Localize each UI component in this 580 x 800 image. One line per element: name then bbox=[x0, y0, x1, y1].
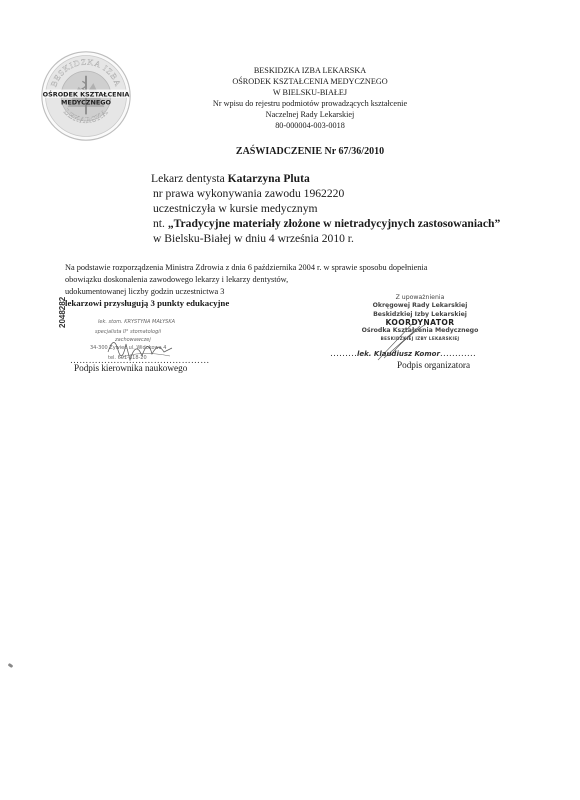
course-topic-line: nt. „Tradycyjne materiały złożone w niet… bbox=[153, 216, 500, 231]
participation-line: uczestniczyła w kursie medycznym bbox=[153, 201, 318, 216]
stamp-right-line-2: Okręgowej Rady Lekarskiej bbox=[320, 302, 520, 310]
course-topic-prefix: nt. bbox=[153, 217, 168, 230]
dots-before: ……… bbox=[330, 348, 357, 358]
header-city: W BIELSKU-BIAŁEJ bbox=[150, 88, 470, 99]
stamp-right-line-1: Z upoważnienia bbox=[320, 294, 520, 302]
stamp-left-line-1: lek. stom. KRYSTYNA MAŁYSKA bbox=[98, 319, 175, 325]
stamp-id-number: 2048282 bbox=[58, 297, 67, 328]
signature-caption-left: Podpis kierownika naukowego bbox=[74, 363, 187, 373]
signature-caption-right: Podpis organizatora bbox=[397, 360, 470, 370]
header-org-name: BESKIDZKA IZBA LEKARSKA bbox=[150, 66, 470, 77]
legal-hours-line: udokumentowanej liczby godzin uczestnict… bbox=[65, 286, 224, 298]
legal-basis-line-2: obowiązku doskonalenia zawodowego lekarz… bbox=[65, 274, 288, 286]
institution-seal-logo: BESKIDZKA IZBA LEKARSKA OŚRODEK KSZTAŁCE… bbox=[40, 50, 132, 142]
license-number-line: nr prawa wykonywania zawodu 1962220 bbox=[153, 186, 344, 201]
certificate-title: ZAŚWIADCZENIE Nr 67/36/2010 bbox=[150, 146, 470, 157]
dots-after: ………… bbox=[440, 348, 476, 358]
signature-line-right: ………lek. Klaudiusz Komor………… bbox=[330, 348, 476, 358]
organizer-signer-name: lek. Klaudiusz Komor bbox=[357, 350, 440, 358]
header-registry-text: Nr wpisu do rejestru podmiotów prowadząc… bbox=[150, 99, 470, 110]
course-date-line: w Bielsku-Białej w dniu 4 września 2010 … bbox=[153, 231, 354, 246]
scan-speck bbox=[8, 663, 14, 668]
header-council: Naczelnej Rady Lekarskiej bbox=[150, 110, 470, 121]
recipient-line: Lekarz dentysta Katarzyna Pluta bbox=[151, 171, 310, 186]
header-registry-number: 80-000004-003-0018 bbox=[150, 121, 470, 132]
svg-text:MEDYCZNEGO: MEDYCZNEGO bbox=[61, 98, 112, 106]
header-center-name: OŚRODEK KSZTAŁCENIA MEDYCZNEGO bbox=[150, 77, 470, 88]
recipient-role: Lekarz dentysta bbox=[151, 172, 228, 185]
legal-points-line: lekarzowi przysługują 3 punkty edukacyjn… bbox=[65, 298, 229, 310]
svg-text:OŚRODEK KSZTAŁCENIA: OŚRODEK KSZTAŁCENIA bbox=[43, 89, 130, 98]
recipient-name: Katarzyna Pluta bbox=[228, 172, 310, 185]
course-title: „Tradycyjne materiały złożone w nietrady… bbox=[168, 217, 500, 230]
legal-basis-line-1: Na podstawie rozporządzenia Ministra Zdr… bbox=[65, 262, 427, 274]
